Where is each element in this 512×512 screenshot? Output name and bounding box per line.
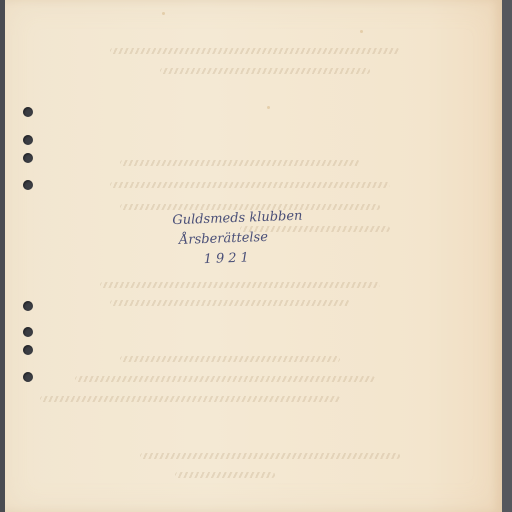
- bleed-through-line: [160, 68, 370, 74]
- inscription-year: 1921: [203, 245, 354, 270]
- document-page: Guldsmeds klubben Årsberättelse 1921: [5, 0, 502, 512]
- punch-hole: [23, 372, 33, 382]
- punch-hole: [23, 345, 33, 355]
- bleed-through-line: [140, 453, 400, 459]
- bleed-through-line: [110, 182, 390, 188]
- punch-hole: [23, 153, 33, 163]
- paper-stain: [267, 106, 270, 109]
- bleed-through-line: [120, 160, 360, 166]
- bleed-through-line: [175, 472, 275, 478]
- punch-hole: [23, 135, 33, 145]
- punch-hole: [23, 327, 33, 337]
- bleed-through-line: [100, 282, 380, 288]
- punch-hole: [23, 301, 33, 311]
- pencil-inscription: Guldsmeds klubben Årsberättelse 1921: [172, 205, 354, 271]
- paper-stain: [360, 30, 363, 33]
- punch-hole: [23, 107, 33, 117]
- bleed-through-line: [120, 356, 340, 362]
- bleed-through-line: [110, 300, 350, 306]
- bleed-through-line: [110, 48, 400, 54]
- bleed-through-line: [40, 396, 340, 402]
- scan-background-edge: [502, 0, 512, 512]
- paper-stain: [162, 12, 165, 15]
- bleed-through-line: [75, 376, 375, 382]
- punch-hole: [23, 180, 33, 190]
